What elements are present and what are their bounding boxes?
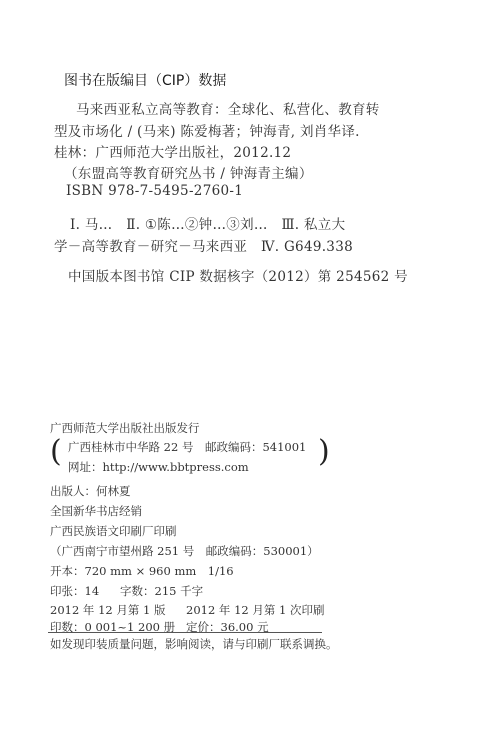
printing: 2012 年 12 月第 1 次印刷 — [186, 602, 325, 618]
divider — [48, 632, 322, 633]
publisher-website: 网址：http://www.bbtpress.com — [68, 459, 249, 475]
left-parenthesis: ( — [50, 437, 62, 467]
word-count: 字数：215 千字 — [120, 583, 203, 599]
quality-notice: 如发现印装质量问题，影响阅读，请与印刷厂联系调换。 — [50, 636, 338, 652]
publisher-line: 广西师范大学出版社出版发行 — [50, 420, 200, 436]
printer: 广西民族语文印刷厂印刷 — [50, 523, 177, 539]
format: 开本：720 mm × 960 mm 1/16 — [50, 563, 234, 579]
printer-address: （广西南宁市望州路 251 号 邮政编码：530001） — [50, 543, 319, 559]
cip-entry-line: 马来西亚私立高等教育：全球化、私营化、教育转 — [76, 98, 380, 118]
sheets: 印张：14 — [50, 583, 99, 599]
isbn: ISBN 978-7-5495-2760-1 — [66, 183, 243, 199]
publisher-person: 出版人：何林夏 — [50, 483, 131, 499]
distributor: 全国新华书店经销 — [50, 503, 142, 519]
right-parenthesis: ) — [318, 437, 330, 467]
subject-line: 学－高等教育－研究－马来西亚 Ⅳ. G649.338 — [54, 235, 353, 255]
cip-title: 图书在版编目（CIP）数据 — [64, 70, 226, 90]
cip-entry-line: 桂林：广西师范大学出版社，2012.12 — [54, 141, 291, 161]
subject-line: Ⅰ. 马… Ⅱ. ①陈…②钟…③刘… Ⅲ. 私立大 — [70, 213, 345, 233]
cip-number: 中国版本图书馆 CIP 数据核字（2012）第 254562 号 — [68, 265, 408, 285]
publisher-address: 广西桂林市中华路 22 号 邮政编码：541001 — [68, 439, 306, 455]
edition: 2012 年 12 月第 1 版 — [50, 602, 166, 618]
cip-entry-line: （东盟高等教育研究丛书 / 钟海青主编） — [64, 162, 313, 182]
cip-entry-line: 型及市场化 / (马来) 陈爱梅著；钟海青, 刘肖华译. — [54, 120, 360, 140]
